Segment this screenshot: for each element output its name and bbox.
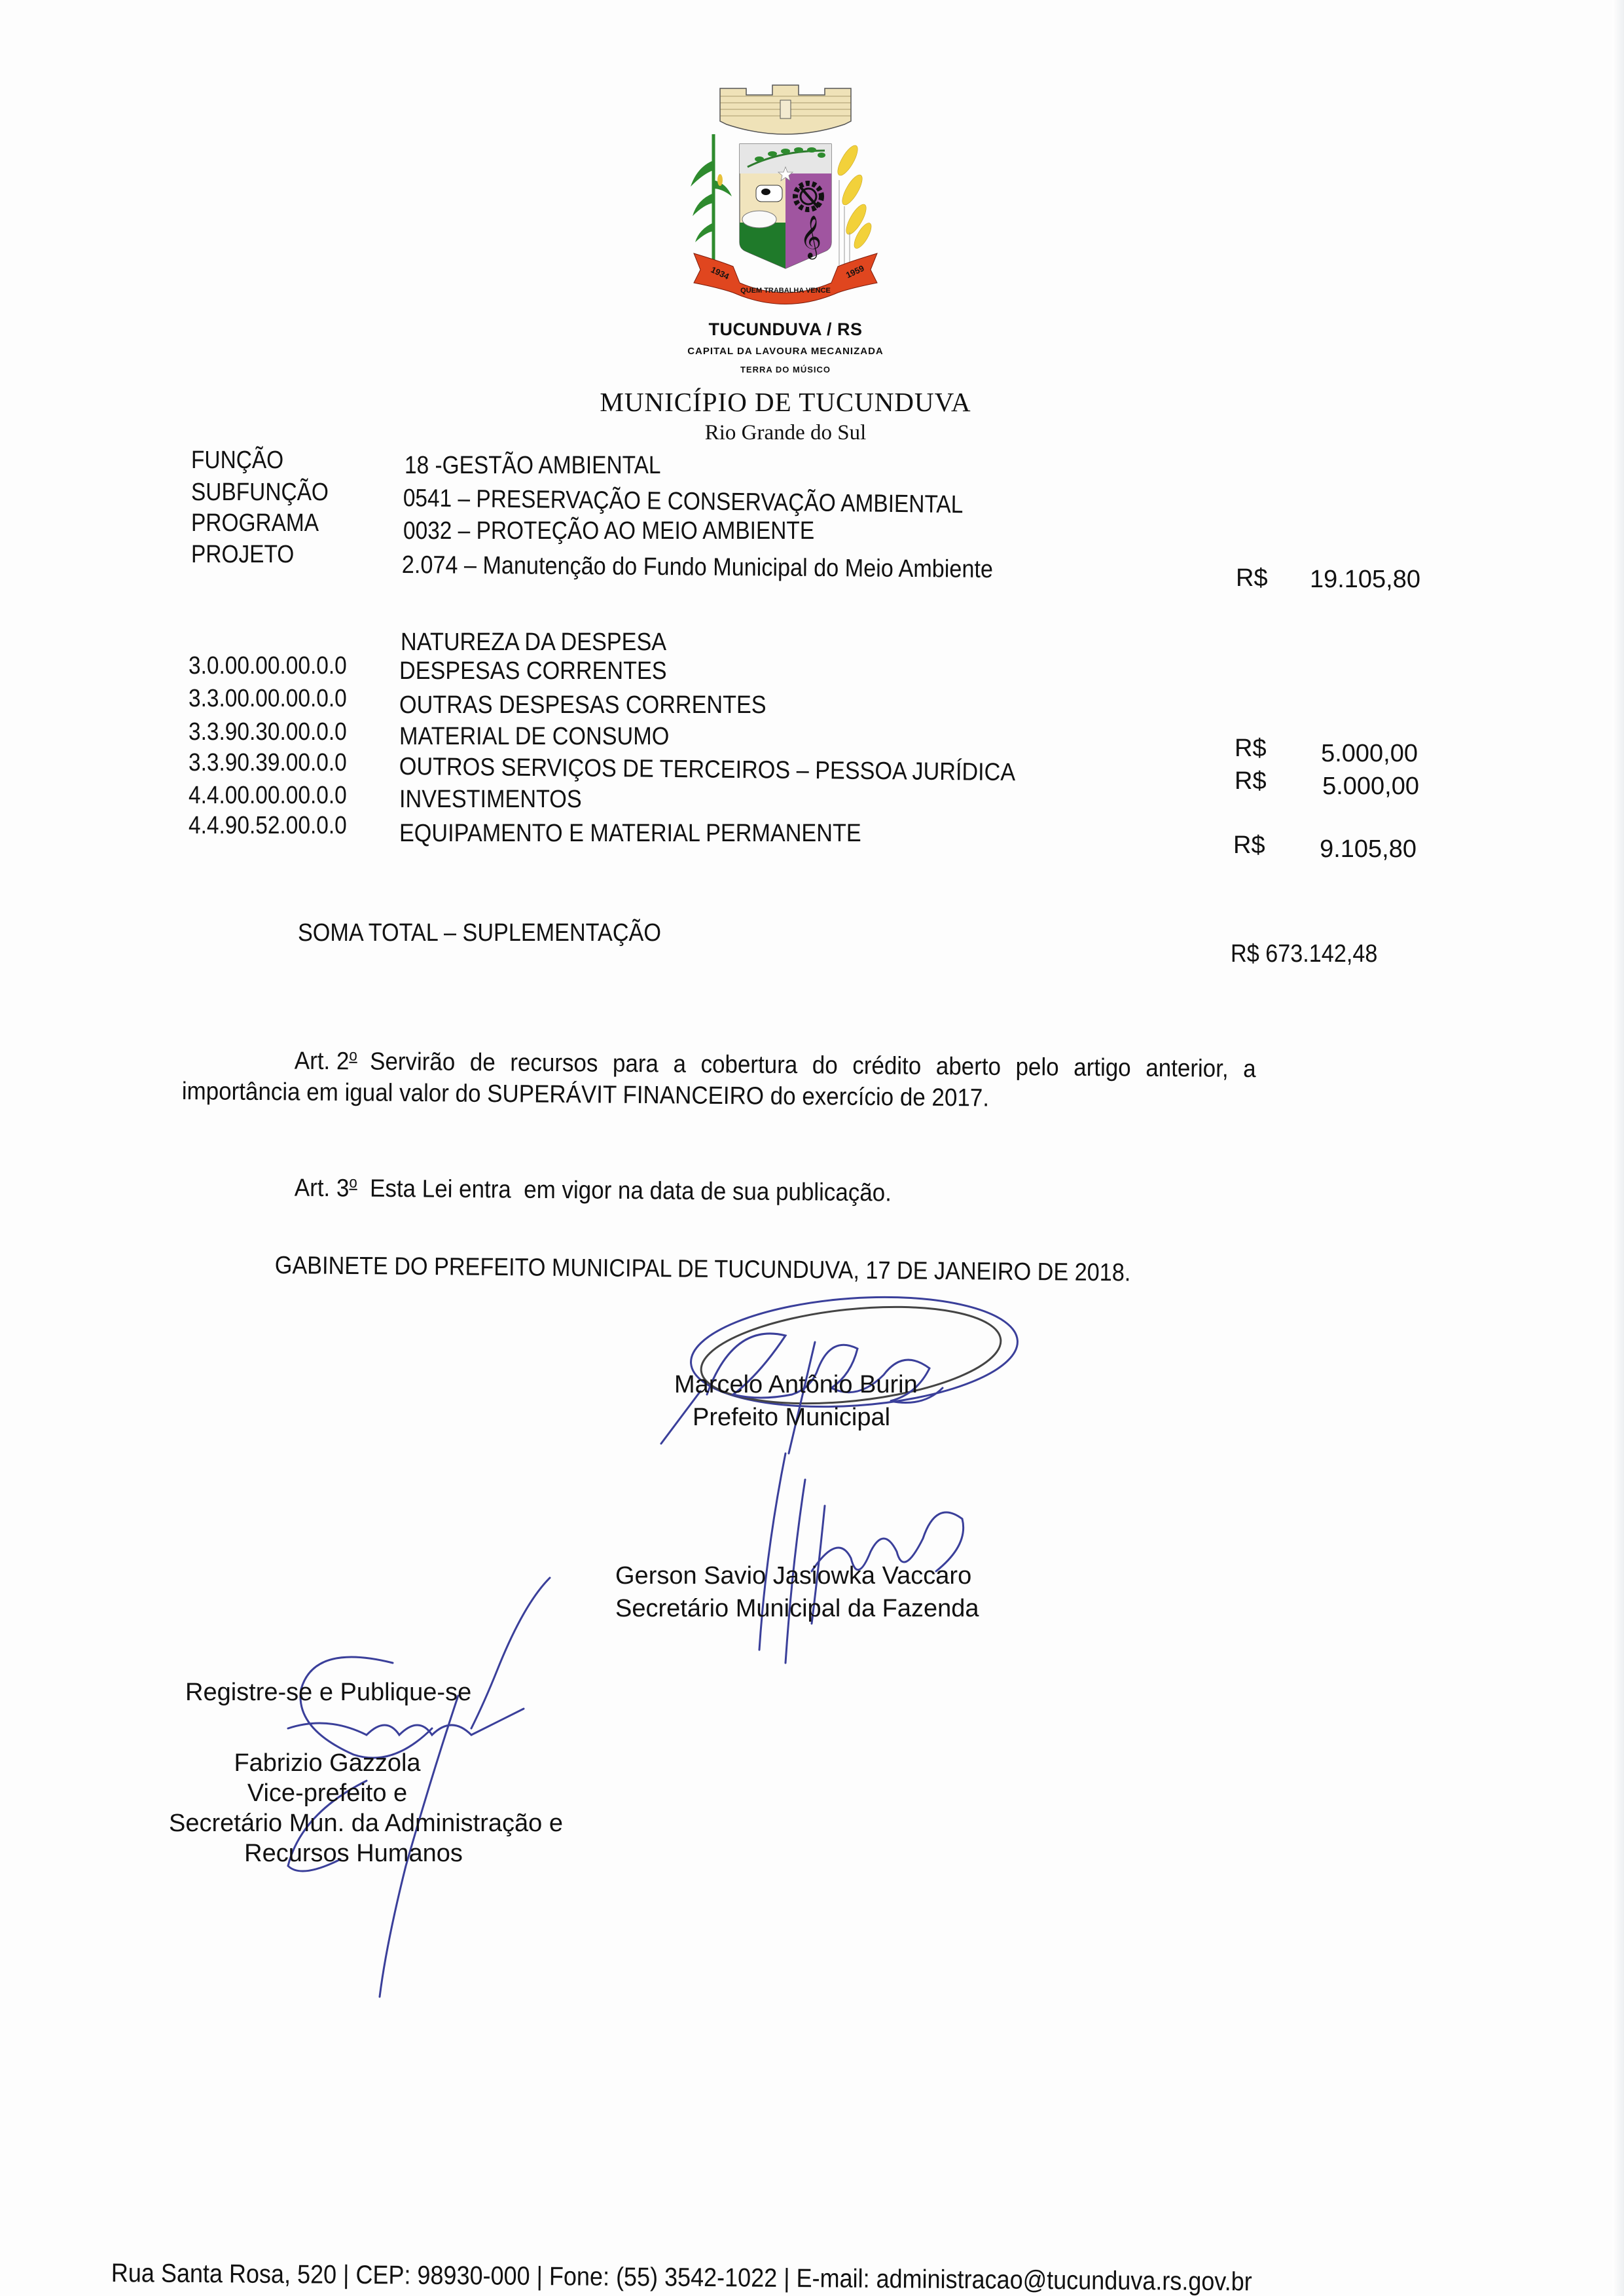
svg-text:𝄞: 𝄞	[800, 215, 821, 259]
expense-code: 3.3.90.30.00.0.0	[189, 718, 347, 746]
article-2-line-1: Art. 2o Servirão de recursos para a cobe…	[295, 1046, 1256, 1084]
vice-mayor-name: Fabrizio Gazzola	[164, 1749, 491, 1777]
expense-code: 3.0.00.00.00.0.0	[189, 652, 347, 680]
brand-tagline: TERRA DO MÚSICO	[589, 365, 982, 374]
article-3-text: Esta Lei entra em vigor na data de sua p…	[370, 1175, 892, 1207]
project-amount: 19.105,80	[1244, 566, 1420, 594]
administration-secretary-role: Secretário Mun. da Administração e	[169, 1810, 563, 1838]
expense-description: INVESTIMENTOS	[399, 786, 582, 814]
mayor-role: Prefeito Municipal	[693, 1404, 890, 1432]
ordinal-mark: o	[349, 1174, 357, 1192]
expense-amount: 5.000,00	[1242, 773, 1419, 801]
classification-value: 18 -GESTÃO AMBIENTAL	[405, 452, 660, 480]
classification-value: 0541 – PRESERVAÇÃO E CONSERVAÇÃO AMBIENT…	[403, 484, 964, 519]
classification-label: FUNÇÃO	[191, 446, 283, 475]
state-name: Rio Grande do Sul	[458, 421, 1113, 445]
classification-value: 0032 – PROTEÇÃO AO MEIO AMBIENTE	[403, 517, 814, 545]
ordinal-mark: o	[349, 1047, 357, 1065]
expense-code: 3.3.90.39.00.0.0	[189, 749, 347, 777]
article-2-number: Art. 2	[295, 1048, 350, 1076]
brand-subtitle: CAPITAL DA LAVOURA MECANIZADA	[589, 346, 982, 357]
expense-description: OUTROS SERVIÇOS DE TERCEIROS – PESSOA JU…	[399, 753, 1016, 787]
finance-secretary-name: Gerson Savio Jasiowka Vaccaro	[615, 1562, 971, 1590]
expense-description: DESPESAS CORRENTES	[399, 657, 667, 685]
registry-note: Registre-se e Publique-se	[185, 1679, 471, 1707]
article-2-text: Servirão de recursos para a cobertura do…	[370, 1048, 1256, 1084]
expense-nature-heading: NATUREZA DA DESPESA	[401, 629, 666, 657]
classification-value: 2.074 – Manutenção do Fundo Municipal do…	[402, 551, 993, 584]
vice-mayor-role: Vice-prefeito e	[164, 1779, 491, 1808]
article-2-line-2: importância em igual valor do SUPERÁVIT …	[182, 1078, 989, 1113]
classification-label: SUBFUNÇÃO	[191, 479, 329, 507]
handwritten-signatures-icon	[0, 0, 1624, 2296]
brand-title: TUCUNDUVA / RS	[589, 319, 982, 340]
total-amount: R$ 673.142,48	[1231, 940, 1377, 968]
total-label: SOMA TOTAL – SUPLEMENTAÇÃO	[298, 919, 661, 947]
expense-code: 3.3.00.00.00.0.0	[189, 685, 347, 713]
municipal-coat-of-arms-icon: 𝄞 1934 1959 QUEM TRABALHA VENCE	[687, 82, 884, 304]
expense-code: 4.4.90.52.00.0.0	[189, 812, 347, 840]
article-3-number: Art. 3	[295, 1175, 350, 1203]
expense-amount: 5.000,00	[1241, 740, 1418, 768]
finance-secretary-role: Secretário Municipal da Fazenda	[615, 1595, 979, 1623]
expense-amount: 9.105,80	[1240, 835, 1416, 864]
footer-contact: Rua Santa Rosa, 520 | CEP: 98930-000 | F…	[111, 2259, 1252, 2296]
scan-edge	[1612, 0, 1624, 2296]
human-resources-role: Recursos Humanos	[164, 1840, 543, 1868]
municipality-title: MUNICÍPIO DE TUCUNDUVA	[458, 386, 1113, 418]
expense-code: 4.4.00.00.00.0.0	[189, 782, 347, 810]
svg-text:QUEM TRABALHA VENCE: QUEM TRABALHA VENCE	[740, 287, 831, 295]
mayor-name: Marcelo Antônio Burin	[674, 1371, 918, 1399]
expense-description: EQUIPAMENTO E MATERIAL PERMANENTE	[399, 820, 861, 848]
article-3: Art. 3o Esta Lei entra em vigor na data …	[295, 1173, 892, 1207]
classification-label: PROGRAMA	[191, 509, 319, 538]
closing-statement: GABINETE DO PREFEITO MUNICIPAL DE TUCUND…	[275, 1252, 1131, 1287]
expense-description: MATERIAL DE CONSUMO	[399, 723, 669, 751]
expense-description: OUTRAS DESPESAS CORRENTES	[399, 691, 767, 720]
classification-label: PROJETO	[191, 541, 294, 569]
